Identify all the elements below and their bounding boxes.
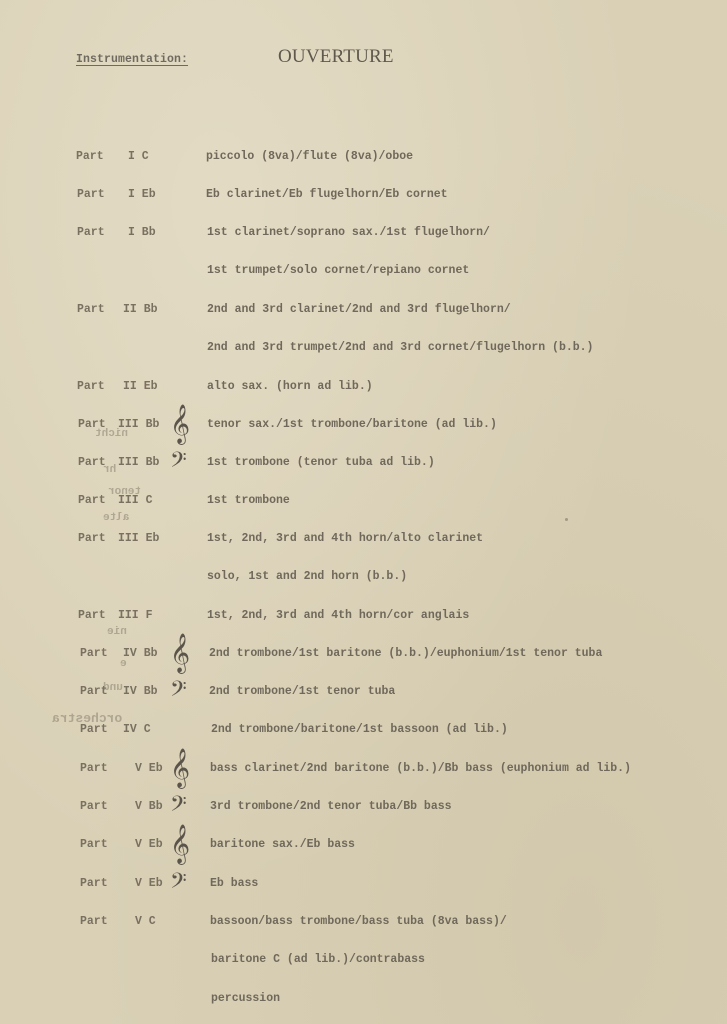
part-label: Part bbox=[77, 188, 105, 201]
part-label: Part bbox=[80, 838, 108, 851]
part-number: IV C bbox=[123, 723, 151, 736]
part-number: II Bb bbox=[123, 303, 158, 316]
part-label: Part bbox=[77, 380, 105, 393]
instrumentation-row: PartV Eb𝄢Eb bass bbox=[0, 877, 727, 893]
instrumentation-row: percussion bbox=[0, 992, 727, 1008]
paper-speck bbox=[565, 518, 568, 521]
part-number: I Bb bbox=[128, 226, 156, 239]
instrumentation-row: PartV Eb𝄞baritone sax./Eb bass bbox=[0, 838, 727, 854]
part-label: Part bbox=[78, 456, 106, 469]
part-label: Part bbox=[77, 303, 105, 316]
part-number: II Eb bbox=[123, 380, 158, 393]
instrument-list: 2nd trombone/1st tenor tuba bbox=[209, 685, 395, 698]
instrument-list: Eb clarinet/Eb flugelhorn/Eb cornet bbox=[206, 188, 448, 201]
part-number: I Eb bbox=[128, 188, 156, 201]
bass-clef-icon: 𝄢 bbox=[170, 448, 187, 479]
part-label: Part bbox=[77, 226, 105, 239]
instrument-list: 2nd and 3rd clarinet/2nd and 3rd flugelh… bbox=[207, 303, 511, 316]
bass-clef-icon: 𝄢 bbox=[170, 792, 187, 823]
instrument-list: 2nd trombone/1st baritone (b.b.)/euphoni… bbox=[209, 647, 602, 660]
bleed-through-text: e bbox=[120, 658, 127, 670]
instrumentation-row: PartII Ebalto sax. (horn ad lib.) bbox=[0, 380, 727, 396]
part-label: Part bbox=[80, 762, 108, 775]
instrument-list: bass clarinet/2nd baritone (b.b.)/Bb bas… bbox=[210, 762, 631, 775]
instrument-list: 2nd and 3rd trumpet/2nd and 3rd cornet/f… bbox=[207, 341, 593, 354]
instrumentation-row: PartII Bb2nd and 3rd clarinet/2nd and 3r… bbox=[0, 303, 727, 319]
instrumentation-row: solo, 1st and 2nd horn (b.b.) bbox=[0, 570, 727, 586]
part-number: I C bbox=[128, 150, 149, 163]
part-number: III Eb bbox=[118, 532, 159, 545]
instrument-list: alto sax. (horn ad lib.) bbox=[207, 380, 373, 393]
instrumentation-row: PartIV Bb𝄞2nd trombone/1st baritone (b.b… bbox=[0, 647, 727, 663]
instrumentation-row: 2nd and 3rd trumpet/2nd and 3rd cornet/f… bbox=[0, 341, 727, 357]
part-number: V Bb bbox=[135, 800, 163, 813]
bleed-through-text: hr bbox=[103, 464, 116, 476]
part-label: Part bbox=[76, 150, 104, 163]
part-label: Part bbox=[78, 532, 106, 545]
part-number: IV Bb bbox=[123, 685, 158, 698]
part-label: Part bbox=[78, 494, 106, 507]
part-number: V Eb bbox=[135, 877, 163, 890]
instrument-list: baritone sax./Eb bass bbox=[210, 838, 355, 851]
part-number: V C bbox=[135, 915, 156, 928]
part-number: IV Bb bbox=[123, 647, 158, 660]
instrumentation-row: PartI Bb1st clarinet/soprano sax./1st fl… bbox=[0, 226, 727, 242]
treble-clef-icon: 𝄞 bbox=[170, 748, 190, 788]
instrument-list: 1st, 2nd, 3rd and 4th horn/alto clarinet bbox=[207, 532, 483, 545]
part-label: Part bbox=[80, 800, 108, 813]
part-label: Part bbox=[80, 915, 108, 928]
bleed-through-text: tenor bbox=[108, 486, 141, 498]
instrument-list: tenor sax./1st trombone/baritone (ad lib… bbox=[207, 418, 497, 431]
bleed-through-text: orchestra bbox=[52, 711, 122, 726]
part-label: Part bbox=[78, 609, 106, 622]
treble-clef-icon: 𝄞 bbox=[170, 633, 190, 673]
instrument-list: 1st clarinet/soprano sax./1st flugelhorn… bbox=[207, 226, 490, 239]
bleed-through-text: nie bbox=[107, 626, 127, 638]
part-number: V Eb bbox=[135, 838, 163, 851]
instrumentation-row: PartV Bb𝄢3rd trombone/2nd tenor tuba/Bb … bbox=[0, 800, 727, 816]
instrumentation-row: PartI Cpiccolo (8va)/flute (8va)/oboe bbox=[0, 150, 727, 166]
instrument-list: 1st trumpet/solo cornet/repiano cornet bbox=[207, 264, 469, 277]
treble-clef-icon: 𝄞 bbox=[170, 824, 190, 864]
instrument-list: 3rd trombone/2nd tenor tuba/Bb bass bbox=[210, 800, 452, 813]
instrument-list: 1st trombone (tenor tuba ad lib.) bbox=[207, 456, 435, 469]
bleed-through-text: und bbox=[103, 682, 123, 694]
instrumentation-row: PartV Cbassoon/bass trombone/bass tuba (… bbox=[0, 915, 727, 931]
instrument-list: 1st, 2nd, 3rd and 4th horn/cor anglais bbox=[207, 609, 469, 622]
instrumentation-label: Instrumentation: bbox=[76, 53, 188, 66]
instrumentation-row: PartV Eb𝄞bass clarinet/2nd baritone (b.b… bbox=[0, 762, 727, 778]
instrument-list: 2nd trombone/baritone/1st bassoon (ad li… bbox=[211, 723, 508, 736]
instrumentation-row: baritone C (ad lib.)/contrabass bbox=[0, 953, 727, 969]
instrumentation-row: 1st trumpet/solo cornet/repiano cornet bbox=[0, 264, 727, 280]
part-label: Part bbox=[80, 877, 108, 890]
instrument-list: piccolo (8va)/flute (8va)/oboe bbox=[206, 150, 413, 163]
bleed-through-text: alte bbox=[103, 512, 129, 524]
bass-clef-icon: 𝄢 bbox=[170, 677, 187, 708]
page-title: OUVERTURE bbox=[278, 46, 394, 68]
bleed-through-text: nicht bbox=[95, 428, 128, 440]
instrument-list: percussion bbox=[211, 992, 280, 1005]
part-number: V Eb bbox=[135, 762, 163, 775]
instrument-list: bassoon/bass trombone/bass tuba (8va bas… bbox=[210, 915, 507, 928]
part-number: III F bbox=[118, 609, 153, 622]
bass-clef-icon: 𝄢 bbox=[170, 869, 187, 900]
instrumentation-row: PartIII F1st, 2nd, 3rd and 4th horn/cor … bbox=[0, 609, 727, 625]
treble-clef-icon: 𝄞 bbox=[170, 404, 190, 444]
instrumentation-row: PartI EbEb clarinet/Eb flugelhorn/Eb cor… bbox=[0, 188, 727, 204]
instrument-list: baritone C (ad lib.)/contrabass bbox=[211, 953, 425, 966]
instrument-list: solo, 1st and 2nd horn (b.b.) bbox=[207, 570, 407, 583]
instrument-list: Eb bass bbox=[210, 877, 258, 890]
instrumentation-row: PartIII Eb1st, 2nd, 3rd and 4th horn/alt… bbox=[0, 532, 727, 548]
instrument-list: 1st trombone bbox=[207, 494, 290, 507]
part-label: Part bbox=[80, 647, 108, 660]
part-number: III Bb bbox=[118, 456, 159, 469]
